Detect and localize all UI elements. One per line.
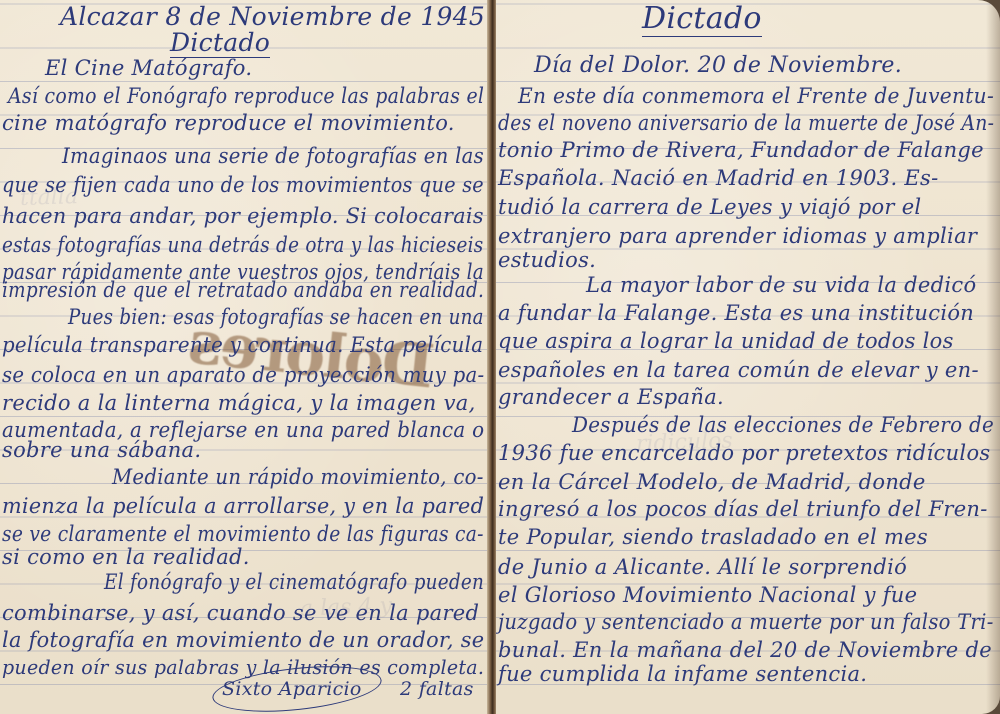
- text-line: se coloca en un aparato de proyección mu…: [2, 365, 484, 386]
- text-line: bunal. En la mañana del 20 de Noviembre …: [498, 640, 992, 661]
- text-line: juzgado y sentenciado a muerte por un fa…: [498, 612, 994, 633]
- text-line: el Glorioso Movimiento Nacional y fue: [498, 585, 917, 606]
- errors-count-note: 2 faltas: [400, 680, 474, 699]
- text-line: extranjero para aprender idiomas y ampli…: [498, 226, 977, 247]
- text-line: fue cumplida la infame sentencia.: [498, 664, 867, 685]
- text-line: te Popular, siendo trasladado en el mes: [498, 527, 928, 548]
- text-line: Española. Nació en Madrid en 1903. Es-: [498, 168, 939, 189]
- text-line: cine matógrafo reproduce el movimiento.: [2, 113, 455, 134]
- text-line: la fotografía en movimiento de un orador…: [2, 630, 484, 651]
- text-line: película transparente y continua. Esta p…: [2, 335, 483, 356]
- text-line: La mayor labor de su vida la dedicó: [586, 275, 976, 296]
- text-line: si como en la realidad.: [2, 547, 250, 568]
- text-line: hacen para andar, por ejemplo. Si coloca…: [2, 206, 484, 227]
- right-page: ridiculos Dictado Día del Dolor. 20 de N…: [496, 0, 1000, 714]
- dictation-title: Día del Dolor. 20 de Noviembre.: [534, 55, 902, 77]
- text-line: Mediante un rápido movimiento, co-: [112, 467, 484, 488]
- text-line: sobre una sábana.: [2, 440, 201, 461]
- text-line: a fundar la Falange. Esta es una institu…: [498, 303, 974, 324]
- text-line: que aspira a lograr la unidad de todos l…: [498, 331, 954, 352]
- text-line: combinarse, y así, cuando se ve en la pa…: [2, 603, 479, 624]
- text-line: En este día conmemora el Frente de Juven…: [518, 86, 994, 107]
- text-line: impresión de que el retratado andaba en …: [2, 280, 484, 301]
- text-line: recido a la linterna mágica, y la imagen…: [2, 393, 476, 414]
- text-line: El fonógrafo y el cinematógrafo pueden: [104, 572, 484, 593]
- student-signature: Sixto Aparicio: [222, 680, 362, 699]
- text-line: ingresó a los pocos días del triunfo del…: [498, 499, 988, 520]
- text-line: de Junio a Alicante. Allí le sorprendió: [498, 557, 907, 578]
- text-line: Imaginaos una serie de fotografías en la…: [62, 146, 484, 167]
- text-line: estudios.: [498, 250, 596, 271]
- text-line: estas fotografías una detrás de otra y l…: [2, 235, 484, 256]
- text-line: Pues bien: esas fotografías se hacen en …: [68, 307, 484, 328]
- notebook-spread: ttalla a las 4 y Dolores Alcazar 8 de No…: [0, 0, 1000, 714]
- text-line: mienza la película a arrollarse, y en la…: [2, 496, 484, 517]
- page-heading: Dictado: [642, 4, 762, 37]
- text-line: pueden oír sus palabras y la ilusión es …: [2, 657, 484, 677]
- left-page: ttalla a las 4 y Dolores Alcazar 8 de No…: [0, 0, 490, 714]
- text-line: grandecer a España.: [498, 387, 724, 408]
- text-line: que se fijen cada uno de los movimientos…: [2, 175, 484, 196]
- page-date-header: Alcazar 8 de Noviembre de 1945.: [60, 4, 490, 29]
- text-line: tudió la carrera de Leyes y viajó por el: [498, 197, 921, 218]
- text-line: en la Cárcel Modelo, de Madrid, donde: [498, 472, 926, 493]
- dictation-title: El Cine Matógrafo.: [45, 58, 252, 79]
- text-line: des el noveno aniversario de la muerte d…: [498, 113, 994, 134]
- text-line: se ve claramente el movimiento de las fi…: [2, 524, 484, 545]
- text-line: Después de las elecciones de Febrero de: [572, 415, 994, 436]
- page-heading: Dictado: [170, 30, 270, 58]
- text-line: españoles en la tarea común de elevar y …: [498, 360, 979, 381]
- text-line: tonio Primo de Rivera, Fundador de Falan…: [498, 140, 984, 161]
- text-line: Así como el Fonógrafo reproduce las pala…: [8, 86, 484, 107]
- text-line: 1936 fue encarcelado por pretextos ridíc…: [498, 443, 990, 464]
